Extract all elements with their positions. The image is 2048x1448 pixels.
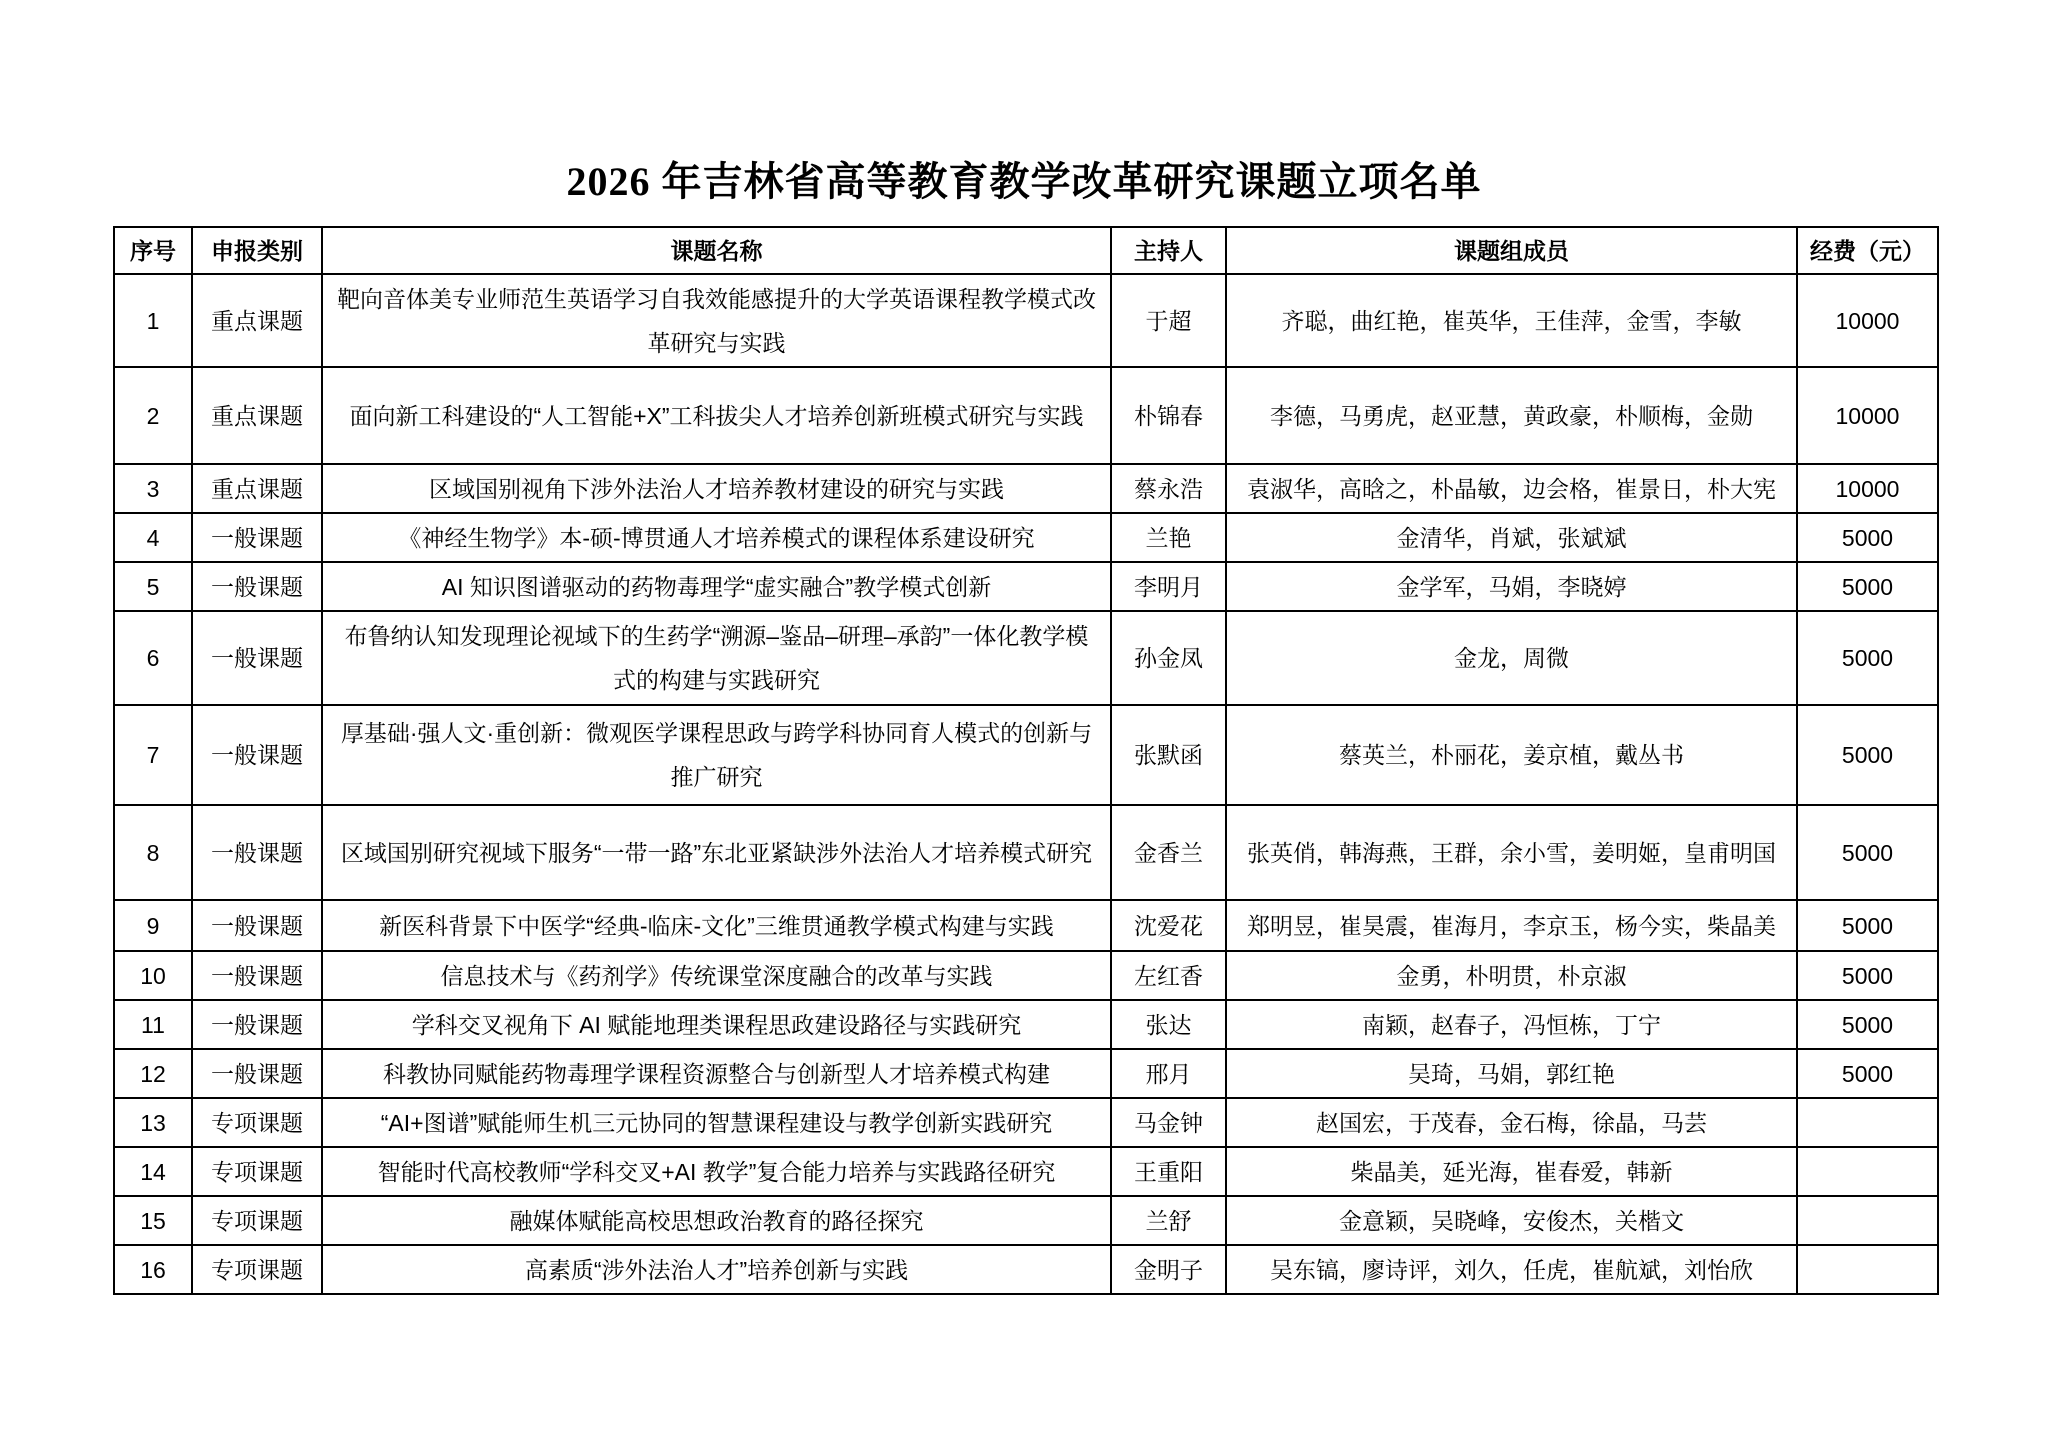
table-row: 5 一般课题 AI 知识图谱驱动的药物毒理学“虚实融合”教学模式创新 李明月 金… <box>114 562 1938 611</box>
cell-title: 融媒体赋能高校思想政治教育的路径探究 <box>322 1196 1111 1245</box>
cell-leader: 于超 <box>1111 274 1226 367</box>
cell-index: 16 <box>114 1245 192 1294</box>
cell-leader: 兰艳 <box>1111 513 1226 562</box>
cell-category: 一般课题 <box>192 611 322 705</box>
cell-category: 专项课题 <box>192 1147 322 1196</box>
header-leader: 主持人 <box>1111 227 1226 274</box>
cell-funding: 5000 <box>1797 951 1938 1000</box>
cell-funding: 10000 <box>1797 274 1938 367</box>
cell-index: 9 <box>114 900 192 951</box>
cell-funding: 10000 <box>1797 464 1938 513</box>
cell-category: 专项课题 <box>192 1098 322 1147</box>
cell-funding <box>1797 1196 1938 1245</box>
cell-index: 6 <box>114 611 192 705</box>
cell-title: 厚基础·强人文·重创新：微观医学课程思政与跨学科协同育人模式的创新与推广研究 <box>322 705 1111 805</box>
cell-leader: 张默函 <box>1111 705 1226 805</box>
cell-members: 金学军，马娟，李晓婷 <box>1226 562 1797 611</box>
cell-leader: 李明月 <box>1111 562 1226 611</box>
cell-category: 一般课题 <box>192 900 322 951</box>
cell-leader: 张达 <box>1111 1000 1226 1049</box>
cell-funding: 5000 <box>1797 611 1938 705</box>
cell-index: 4 <box>114 513 192 562</box>
cell-leader: 金明子 <box>1111 1245 1226 1294</box>
cell-members: 袁淑华，高晗之，朴晶敏，边会格，崔景日，朴大宪 <box>1226 464 1797 513</box>
cell-leader: 兰舒 <box>1111 1196 1226 1245</box>
cell-index: 1 <box>114 274 192 367</box>
cell-index: 5 <box>114 562 192 611</box>
cell-category: 一般课题 <box>192 951 322 1000</box>
cell-leader: 朴锦春 <box>1111 367 1226 464</box>
cell-category: 重点课题 <box>192 367 322 464</box>
cell-index: 11 <box>114 1000 192 1049</box>
cell-category: 专项课题 <box>192 1196 322 1245</box>
table-body: 1 重点课题 靶向音体美专业师范生英语学习自我效能感提升的大学英语课程教学模式改… <box>114 274 1938 1294</box>
cell-members: 金勇，朴明贯，朴京淑 <box>1226 951 1797 1000</box>
header-category: 申报类别 <box>192 227 322 274</box>
table-row: 7 一般课题 厚基础·强人文·重创新：微观医学课程思政与跨学科协同育人模式的创新… <box>114 705 1938 805</box>
cell-index: 14 <box>114 1147 192 1196</box>
table-row: 13 专项课题 “AI+图谱”赋能师生机三元协同的智慧课程建设与教学创新实践研究… <box>114 1098 1938 1147</box>
cell-title: 布鲁纳认知发现理论视域下的生药学“溯源–鉴品–研理–承韵”一体化教学模式的构建与… <box>322 611 1111 705</box>
cell-funding <box>1797 1147 1938 1196</box>
cell-index: 3 <box>114 464 192 513</box>
table-row: 9 一般课题 新医科背景下中医学“经典-临床-文化”三维贯通教学模式构建与实践 … <box>114 900 1938 951</box>
cell-members: 赵国宏，于茂春，金石梅，徐晶，马芸 <box>1226 1098 1797 1147</box>
cell-title: “AI+图谱”赋能师生机三元协同的智慧课程建设与教学创新实践研究 <box>322 1098 1111 1147</box>
cell-leader: 马金钟 <box>1111 1098 1226 1147</box>
cell-category: 一般课题 <box>192 1049 322 1098</box>
cell-title: 高素质“涉外法治人才”培养创新与实践 <box>322 1245 1111 1294</box>
cell-funding: 5000 <box>1797 1000 1938 1049</box>
cell-members: 郑明昱，崔昊震，崔海月，李京玉，杨今实，柴晶美 <box>1226 900 1797 951</box>
cell-index: 12 <box>114 1049 192 1098</box>
cell-members: 吴琦，马娟，郭红艳 <box>1226 1049 1797 1098</box>
cell-members: 李德，马勇虎，赵亚慧，黄政豪，朴顺梅，金勋 <box>1226 367 1797 464</box>
table-row: 1 重点课题 靶向音体美专业师范生英语学习自我效能感提升的大学英语课程教学模式改… <box>114 274 1938 367</box>
cell-title: 区域国别研究视域下服务“一带一路”东北亚紧缺涉外法治人才培养模式研究 <box>322 805 1111 900</box>
cell-funding: 10000 <box>1797 367 1938 464</box>
cell-title: 区域国别视角下涉外法治人才培养教材建设的研究与实践 <box>322 464 1111 513</box>
cell-category: 重点课题 <box>192 274 322 367</box>
cell-title: 《神经生物学》本-硕-博贯通人才培养模式的课程体系建设研究 <box>322 513 1111 562</box>
table-row: 6 一般课题 布鲁纳认知发现理论视域下的生药学“溯源–鉴品–研理–承韵”一体化教… <box>114 611 1938 705</box>
table-row: 2 重点课题 面向新工科建设的“人工智能+X”工科拔尖人才培养创新班模式研究与实… <box>114 367 1938 464</box>
table-header: 序号 申报类别 课题名称 主持人 课题组成员 经费（元） <box>114 227 1938 274</box>
cell-members: 张英俏，韩海燕，王群，余小雪，姜明姬，皇甫明国 <box>1226 805 1797 900</box>
cell-title: 科教协同赋能药物毒理学课程资源整合与创新型人才培养模式构建 <box>322 1049 1111 1098</box>
cell-members: 吴东镐，廖诗评，刘久，任虎，崔航斌，刘怡欣 <box>1226 1245 1797 1294</box>
table-row: 3 重点课题 区域国别视角下涉外法治人才培养教材建设的研究与实践 蔡永浩 袁淑华… <box>114 464 1938 513</box>
cell-leader: 沈爱花 <box>1111 900 1226 951</box>
header-row: 序号 申报类别 课题名称 主持人 课题组成员 经费（元） <box>114 227 1938 274</box>
cell-index: 10 <box>114 951 192 1000</box>
cell-category: 一般课题 <box>192 1000 322 1049</box>
cell-title: 新医科背景下中医学“经典-临床-文化”三维贯通教学模式构建与实践 <box>322 900 1111 951</box>
cell-category: 一般课题 <box>192 705 322 805</box>
cell-members: 金意颖，吴晓峰，安俊杰，关楷文 <box>1226 1196 1797 1245</box>
cell-funding: 5000 <box>1797 900 1938 951</box>
table-row: 14 专项课题 智能时代高校教师“学科交叉+AI 教学”复合能力培养与实践路径研… <box>114 1147 1938 1196</box>
cell-index: 13 <box>114 1098 192 1147</box>
cell-members: 金龙，周微 <box>1226 611 1797 705</box>
cell-members: 蔡英兰，朴丽花，姜京植，戴丛书 <box>1226 705 1797 805</box>
cell-title: 靶向音体美专业师范生英语学习自我效能感提升的大学英语课程教学模式改革研究与实践 <box>322 274 1111 367</box>
header-funding: 经费（元） <box>1797 227 1938 274</box>
cell-funding: 5000 <box>1797 513 1938 562</box>
cell-funding <box>1797 1245 1938 1294</box>
cell-members: 金清华，肖斌，张斌斌 <box>1226 513 1797 562</box>
table-row: 8 一般课题 区域国别研究视域下服务“一带一路”东北亚紧缺涉外法治人才培养模式研… <box>114 805 1938 900</box>
cell-funding: 5000 <box>1797 562 1938 611</box>
header-members: 课题组成员 <box>1226 227 1797 274</box>
cell-index: 7 <box>114 705 192 805</box>
cell-title: 信息技术与《药剂学》传统课堂深度融合的改革与实践 <box>322 951 1111 1000</box>
table-row: 15 专项课题 融媒体赋能高校思想政治教育的路径探究 兰舒 金意颖，吴晓峰，安俊… <box>114 1196 1938 1245</box>
header-title: 课题名称 <box>322 227 1111 274</box>
table-row: 11 一般课题 学科交叉视角下 AI 赋能地理类课程思政建设路径与实践研究 张达… <box>114 1000 1938 1049</box>
cell-category: 一般课题 <box>192 805 322 900</box>
cell-members: 南颖，赵春子，冯恒栋，丁宁 <box>1226 1000 1797 1049</box>
cell-leader: 孙金凤 <box>1111 611 1226 705</box>
cell-title: 面向新工科建设的“人工智能+X”工科拔尖人才培养创新班模式研究与实践 <box>322 367 1111 464</box>
cell-funding: 5000 <box>1797 705 1938 805</box>
table-row: 4 一般课题 《神经生物学》本-硕-博贯通人才培养模式的课程体系建设研究 兰艳 … <box>114 513 1938 562</box>
cell-title: 学科交叉视角下 AI 赋能地理类课程思政建设路径与实践研究 <box>322 1000 1111 1049</box>
table-row: 12 一般课题 科教协同赋能药物毒理学课程资源整合与创新型人才培养模式构建 邢月… <box>114 1049 1938 1098</box>
table-row: 16 专项课题 高素质“涉外法治人才”培养创新与实践 金明子 吴东镐，廖诗评，刘… <box>114 1245 1938 1294</box>
cell-funding <box>1797 1098 1938 1147</box>
cell-title: 智能时代高校教师“学科交叉+AI 教学”复合能力培养与实践路径研究 <box>322 1147 1111 1196</box>
document-page: 2026 年吉林省高等教育教学改革研究课题立项名单 序号 申报类别 课题名称 主… <box>0 0 2048 1448</box>
cell-leader: 蔡永浩 <box>1111 464 1226 513</box>
cell-category: 重点课题 <box>192 464 322 513</box>
cell-category: 一般课题 <box>192 513 322 562</box>
cell-leader: 邢月 <box>1111 1049 1226 1098</box>
cell-title: AI 知识图谱驱动的药物毒理学“虚实融合”教学模式创新 <box>322 562 1111 611</box>
cell-index: 15 <box>114 1196 192 1245</box>
document-title: 2026 年吉林省高等教育教学改革研究课题立项名单 <box>0 150 2048 207</box>
projects-table: 序号 申报类别 课题名称 主持人 课题组成员 经费（元） 1 重点课题 靶向音体… <box>113 226 1939 1295</box>
cell-index: 2 <box>114 367 192 464</box>
cell-category: 一般课题 <box>192 562 322 611</box>
cell-funding: 5000 <box>1797 805 1938 900</box>
cell-index: 8 <box>114 805 192 900</box>
cell-leader: 王重阳 <box>1111 1147 1226 1196</box>
cell-leader: 左红香 <box>1111 951 1226 1000</box>
cell-members: 柴晶美，延光海，崔春爱，韩新 <box>1226 1147 1797 1196</box>
header-index: 序号 <box>114 227 192 274</box>
cell-funding: 5000 <box>1797 1049 1938 1098</box>
cell-category: 专项课题 <box>192 1245 322 1294</box>
cell-leader: 金香兰 <box>1111 805 1226 900</box>
cell-members: 齐聪，曲红艳，崔英华，王佳萍，金雪，李敏 <box>1226 274 1797 367</box>
table-row: 10 一般课题 信息技术与《药剂学》传统课堂深度融合的改革与实践 左红香 金勇，… <box>114 951 1938 1000</box>
